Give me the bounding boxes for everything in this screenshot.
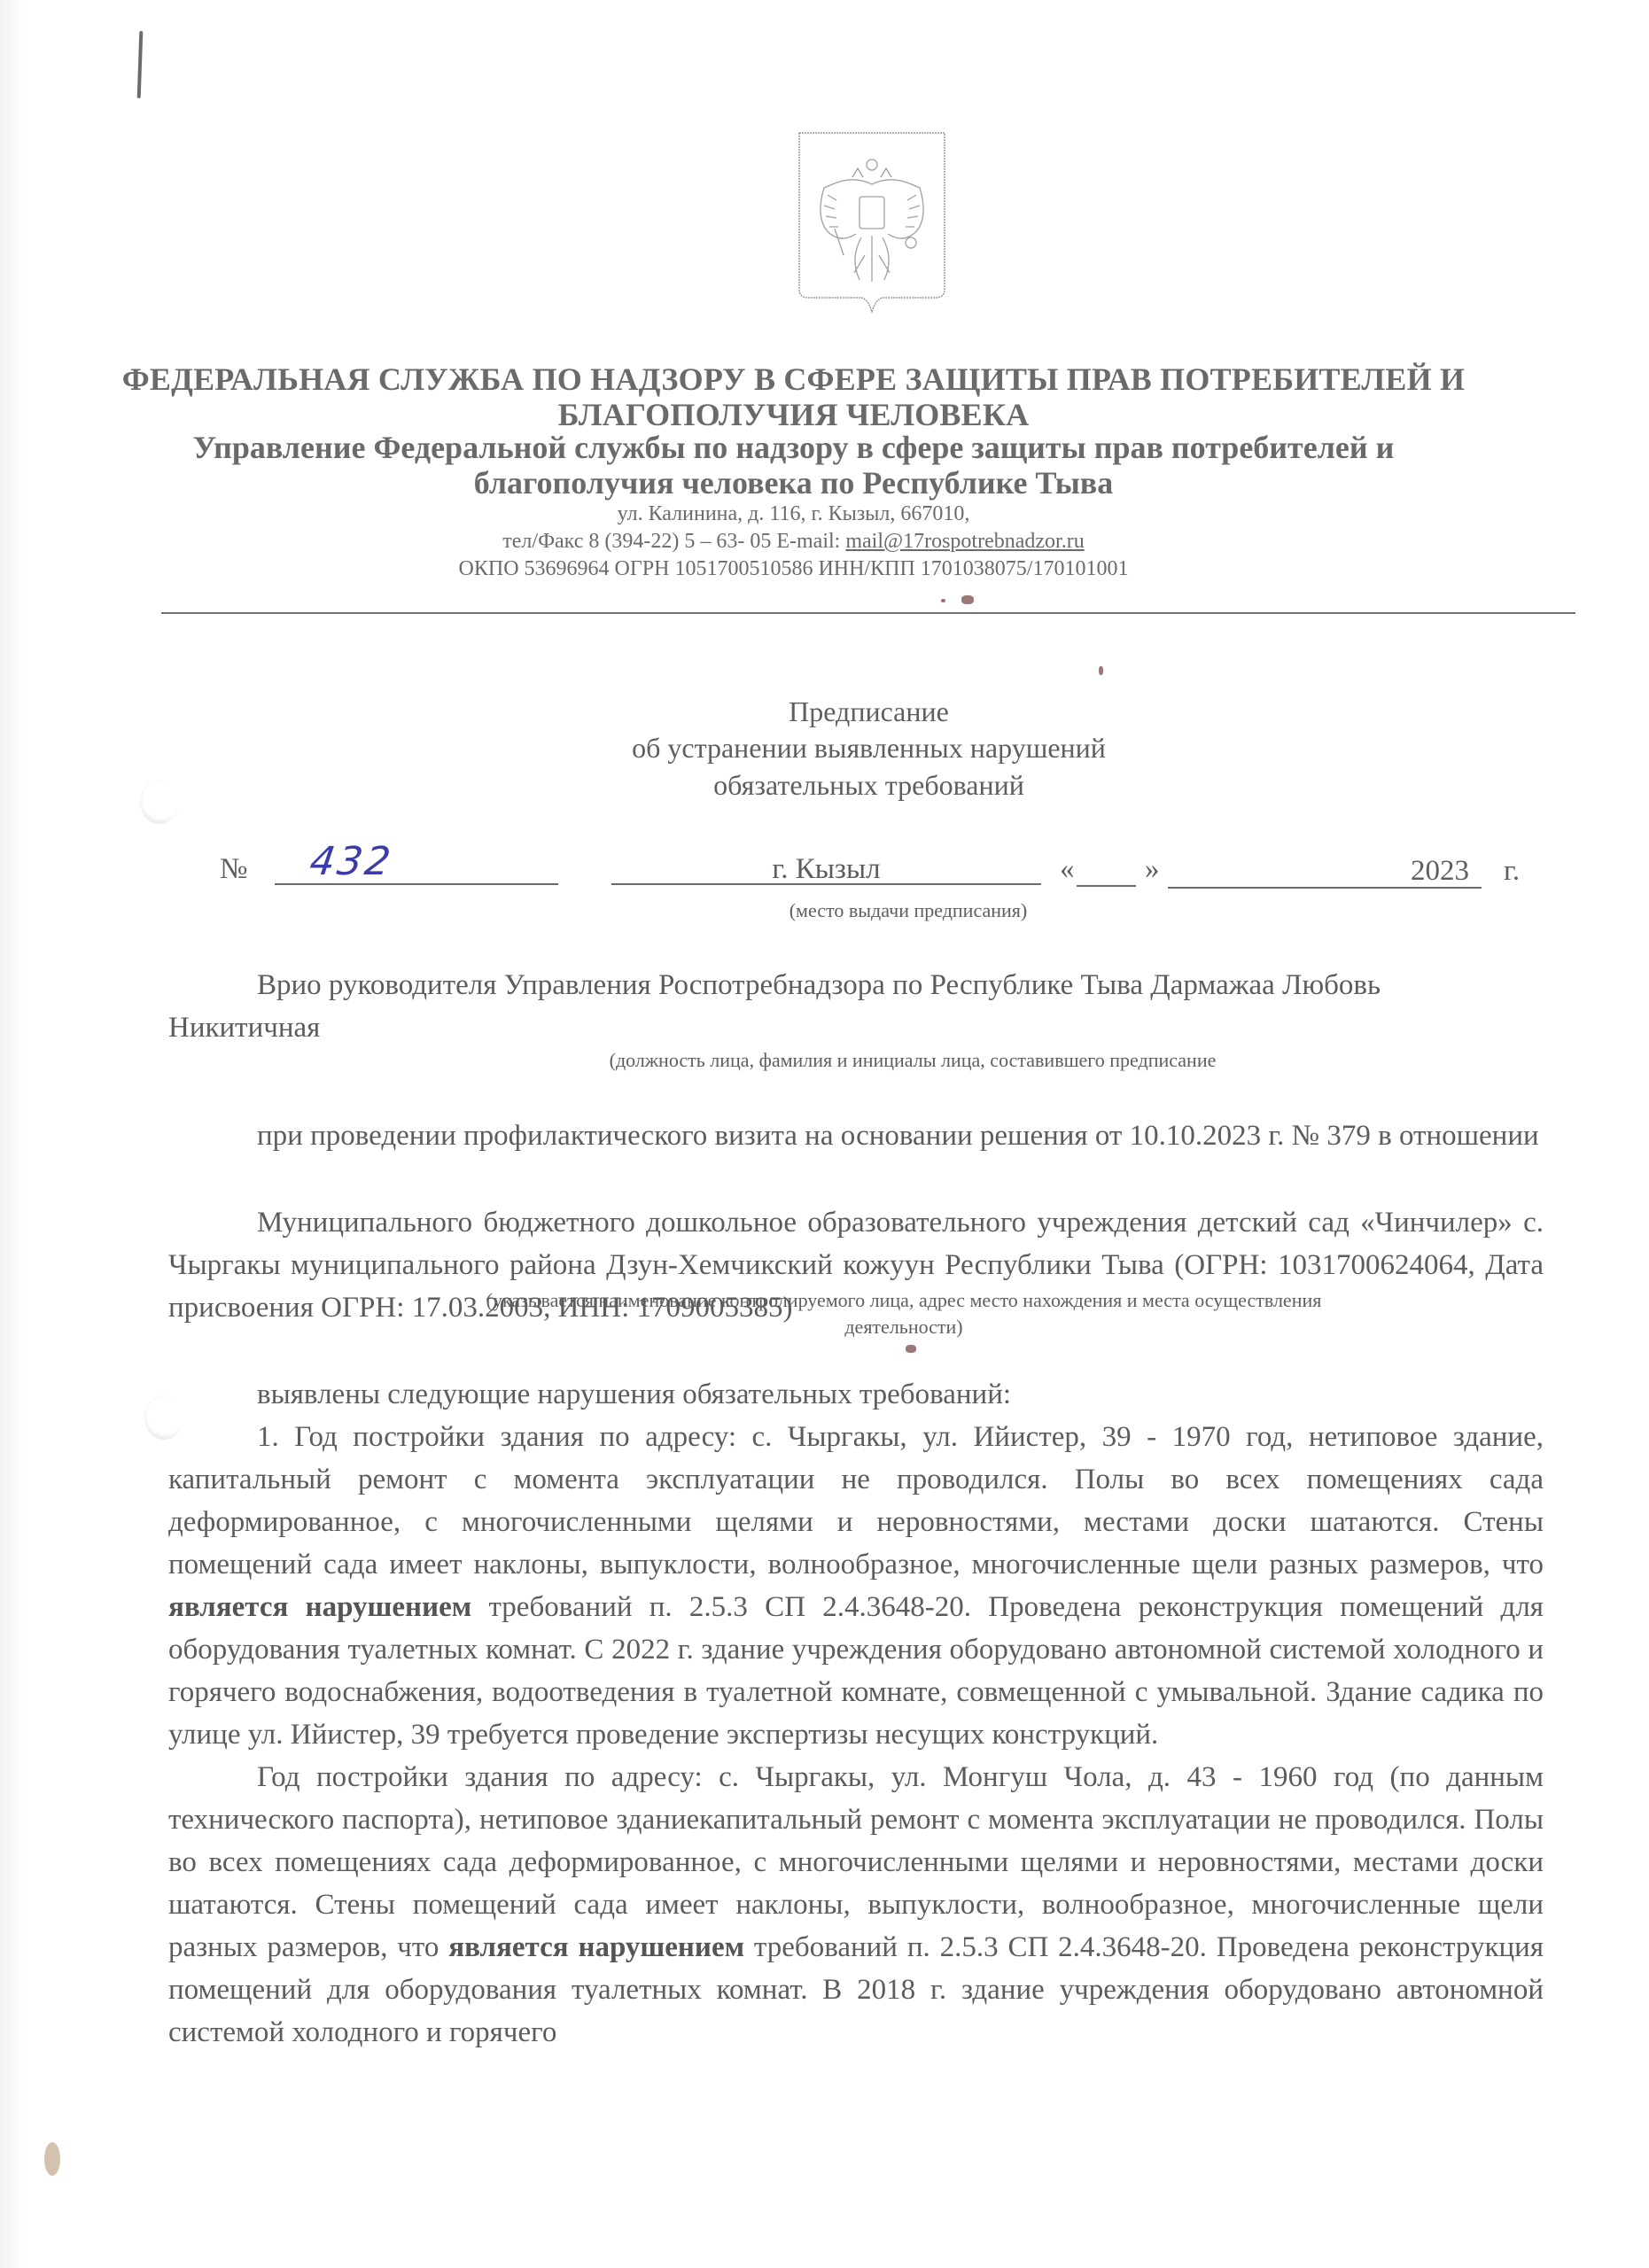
violation-item-2: Год постройки здания по адресу: с. Чырга… bbox=[168, 1756, 1544, 2054]
ink-blot bbox=[44, 2142, 60, 2176]
place-underline bbox=[611, 883, 1041, 885]
day-underline bbox=[1077, 885, 1136, 887]
prescription-number: 432 bbox=[307, 839, 395, 884]
scan-edge-shadow bbox=[0, 0, 25, 2268]
issuer-block: Врио руководителя Управления Роспотребна… bbox=[168, 964, 1544, 1049]
basis-text: при проведении профилактического визита … bbox=[168, 1115, 1544, 1157]
issuer-caption: (должность лица, фамилия и инициалы лица… bbox=[532, 1048, 1294, 1073]
doc-subtitle-line1: об устранении выявленных нарушений bbox=[44, 730, 1649, 765]
speck bbox=[941, 599, 945, 602]
basis-block: при проведении профилактического визита … bbox=[168, 1115, 1544, 1157]
office-codes: ОКПО 53696964 ОГРН 1051700510586 ИНН/КПП… bbox=[0, 556, 1618, 581]
office-name-line2: благополучия человека по Республике Тыва bbox=[0, 462, 1618, 503]
quote-close: » bbox=[1145, 853, 1160, 886]
office-address: ул. Калинина, д. 116, г. Кызыл, 667010, bbox=[0, 501, 1618, 526]
speck bbox=[906, 1345, 916, 1353]
doc-subtitle-line2: обязательных требований bbox=[44, 767, 1649, 803]
violation-item-1-emphasis: является нарушением bbox=[168, 1591, 471, 1623]
violation-item-1-text-a: 1. Год постройки здания по адресу: с. Чы… bbox=[168, 1421, 1544, 1581]
place-caption: (место выдачи предписания) bbox=[611, 898, 1205, 923]
year-underline bbox=[1168, 887, 1482, 889]
number-date-row: № 432 г. Кызыл « » 2023 г. bbox=[0, 846, 1649, 890]
issue-year: 2023 bbox=[1168, 855, 1469, 888]
violations-block: выявлены следующие нарушения обязательны… bbox=[168, 1373, 1544, 2054]
violations-intro: выявлены следующие нарушения обязательны… bbox=[168, 1373, 1544, 1416]
russian-coat-of-arms-icon bbox=[797, 131, 946, 313]
violation-item-1: 1. Год постройки здания по адресу: с. Чы… bbox=[168, 1416, 1544, 1756]
office-contacts: тел/Факс 8 (394-22) 5 – 63- 05 E-mail: m… bbox=[0, 529, 1618, 554]
header-divider bbox=[161, 612, 1575, 614]
phone-fax: тел/Факс 8 (394-22) 5 – 63- 05 E-mail: bbox=[502, 530, 845, 553]
issuer-line2: Никитичная bbox=[168, 1006, 1544, 1049]
subject-caption-line1: (указывается наименование контролируемог… bbox=[319, 1288, 1489, 1313]
speck bbox=[1099, 666, 1103, 675]
year-suffix: г. bbox=[1504, 855, 1520, 888]
violation-item-2-emphasis: является нарушением bbox=[448, 1931, 744, 1963]
email-link[interactable]: mail@17rospotrebnadzor.ru bbox=[845, 530, 1084, 553]
subject-caption-line2: деятельности) bbox=[319, 1315, 1489, 1340]
quote-open: « bbox=[1060, 853, 1075, 886]
issue-place: г. Кызыл bbox=[611, 853, 1041, 886]
number-underline bbox=[275, 883, 558, 885]
number-sign: № bbox=[220, 853, 248, 886]
speck bbox=[961, 595, 974, 604]
pen-mark bbox=[137, 31, 144, 98]
doc-title: Предписание bbox=[44, 694, 1649, 729]
issuer-line1: Врио руководителя Управления Роспотребна… bbox=[168, 964, 1544, 1006]
